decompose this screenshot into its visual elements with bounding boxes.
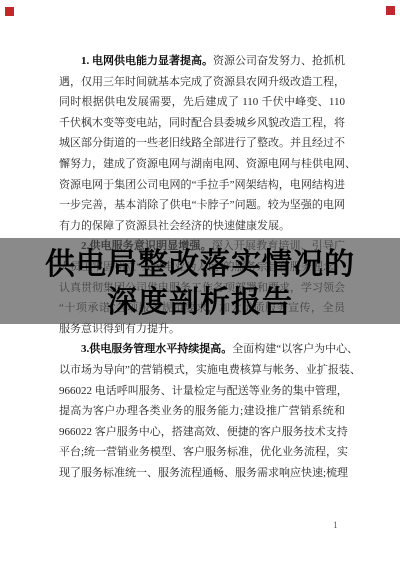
text-line: 同时根据供电发展需要，先后建成了 110 千伏中峰变、110	[59, 92, 345, 113]
red-corner-marker-top-right	[386, 6, 395, 15]
text-line: 懈努力，建成了资源电网与湖南电网、资源电网与桂供电网、	[59, 154, 345, 175]
overlay-title-line2: 深度剖析报告	[0, 284, 400, 322]
text-line: 3.供电服务管理水平持续提高。全面构建“以客户为中心、	[59, 339, 345, 360]
text-line: 966022 电话呼叫服务、计量检定与配送等业务的集中管理，	[59, 381, 345, 402]
text-line: 平台;统一营销业务模型、客户服务标准，优化业务流程，实	[59, 442, 345, 463]
text-line: 有力的保障了资源县社会经济的快速健康发展。	[59, 216, 345, 237]
document-page: 1. 电网供电能力显著提高。资源公司奋发努力、抢抓机 遇，仅用三年时间就基本完成…	[0, 0, 400, 566]
title-overlay-band: 供电局整改落实情况的 深度剖析报告	[0, 238, 400, 324]
red-corner-marker-top-left	[5, 7, 14, 16]
text-line: 1. 电网供电能力显著提高。资源公司奋发努力、抢抓机	[59, 51, 345, 72]
text-line: 一步完善，基本消除了供电“卡脖子”问题。较为坚强的电网	[59, 195, 345, 216]
text-line: 以市场为导向”的营销模式，实施电费核算与帐务、业扩报装、	[59, 360, 345, 381]
text-line: 千伏枫木变等变电站，同时配合县委城乡风貌改造工程，将	[59, 113, 345, 134]
text-line: 遇，仅用三年时间就基本完成了资源县农网升级改造工程，	[59, 72, 345, 93]
overlay-title-line1: 供电局整改落实情况的	[0, 246, 400, 284]
text-line: 城区部分街道的一些老旧线路全部进行了整改。并且经过不	[59, 133, 345, 154]
page-number: 1	[333, 520, 338, 530]
text-line: 966022 客户服务中心，搭建高效、便捷的客户服务技术支持	[59, 422, 345, 443]
text-line: 资源电网于集团公司电网的“手拉手”网架结构，电网结构进	[59, 175, 345, 196]
text-line: 提高为客户办理各类业务的服务能力;建设推广营销系统和	[59, 401, 345, 422]
text-line: 现了服务标准统一、服务流程通畅、服务需求响应快速;梳理	[59, 463, 345, 484]
